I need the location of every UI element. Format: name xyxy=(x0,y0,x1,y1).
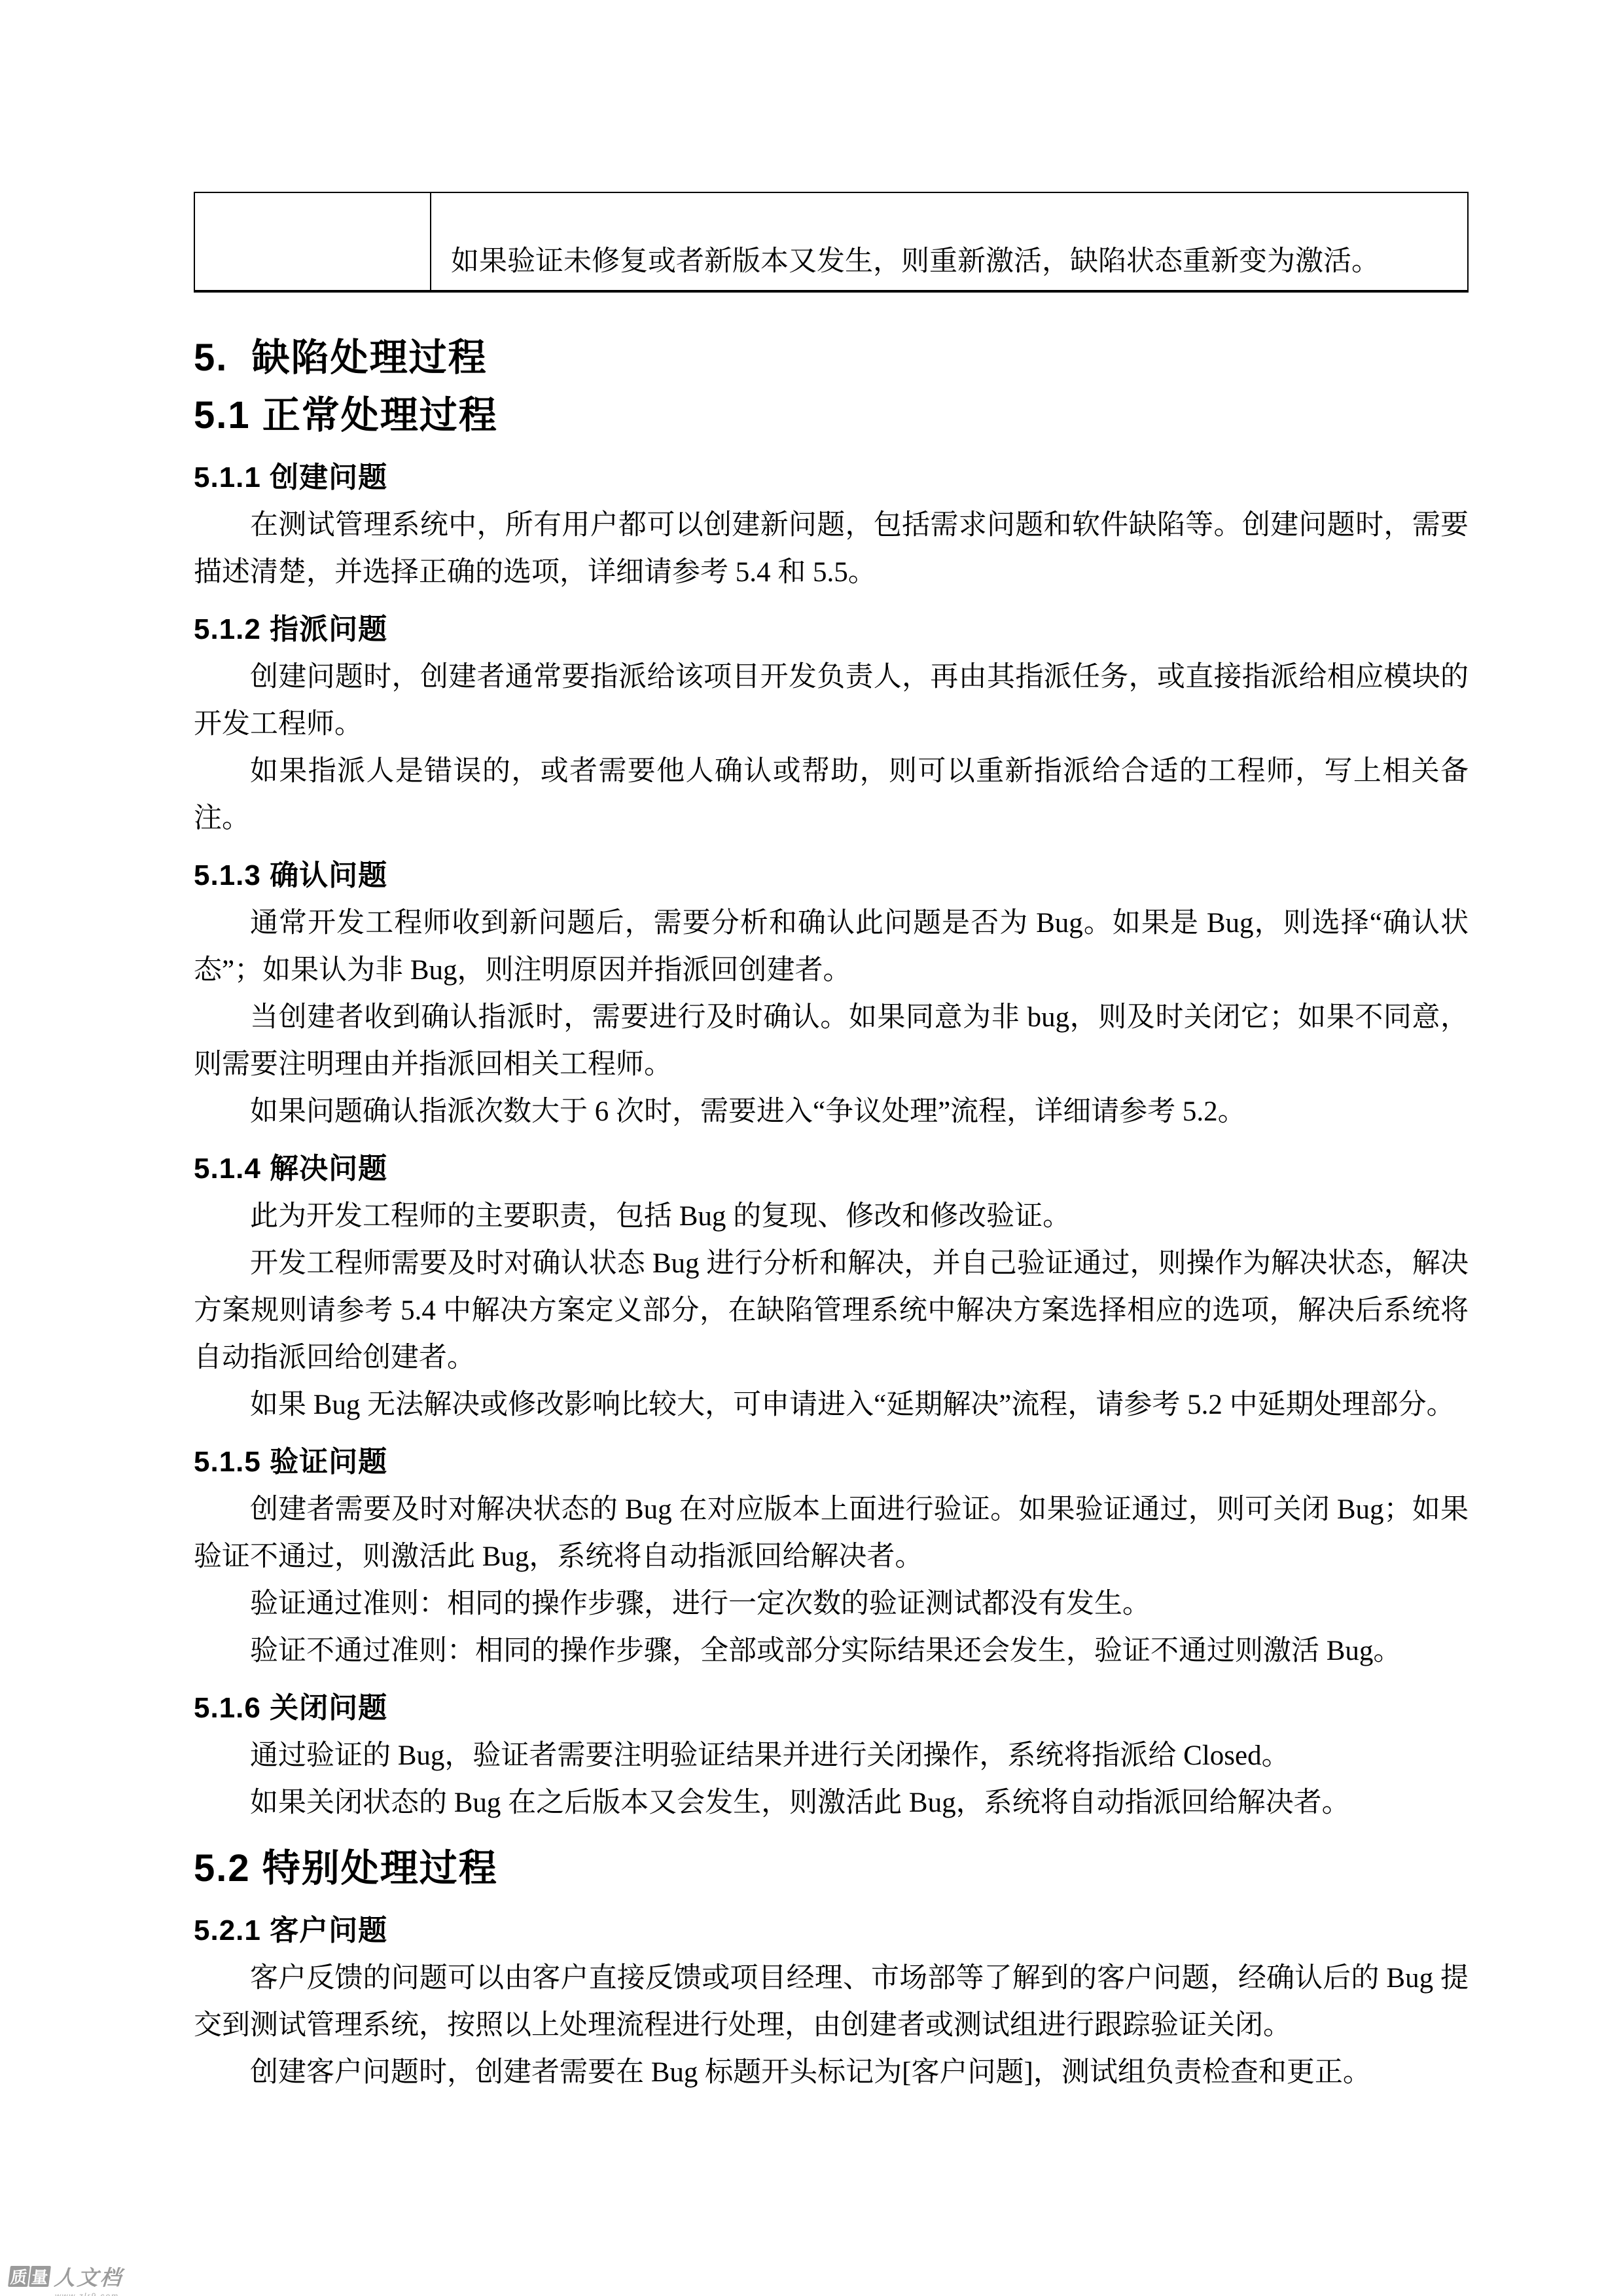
watermark-url: www.zlr9.com xyxy=(55,2291,123,2296)
paragraph-close-issue-2: 如果关闭状态的 Bug 在之后版本又会发生，则激活此 Bug，系统将自动指派回给… xyxy=(194,1780,1469,1827)
table-cell-empty xyxy=(195,193,431,290)
watermark-logo-block-2: 量 xyxy=(29,2266,51,2287)
heading-5-defect-handling-process: 5. 缺陷处理过程 xyxy=(194,329,1469,387)
paragraph-verify-issue-1: 创建者需要及时对解决状态的 Bug 在对应版本上面进行验证。如果验证通过，则可关… xyxy=(194,1486,1469,1581)
heading-5-1-6-close-issue: 5.1.6 关闭问题 xyxy=(194,1684,1469,1732)
heading-5-1-1-create-issue: 5.1.1 创建问题 xyxy=(194,454,1469,502)
paragraph-customer-issue-2: 创建客户问题时，创建者需要在 Bug 标题开头标记为[客户问题]，测试组负责检查… xyxy=(194,2049,1469,2096)
paragraph-customer-issue-1: 客户反馈的问题可以由客户直接反馈或项目经理、市场部等了解到的客户问题，经确认后的… xyxy=(194,1955,1469,2049)
document-content: 如果验证未修复或者新版本又发生，则重新激活，缺陷状态重新变为激活。 5. 缺陷处… xyxy=(194,192,1469,2096)
heading-5-1-4-resolve-issue: 5.1.4 解决问题 xyxy=(194,1145,1469,1193)
paragraph-resolve-issue-3: 如果 Bug 无法解决或修改影响比较大，可申请进入“延期解决”流程，请参考 5.… xyxy=(194,1382,1469,1429)
table-cell-value: 如果验证未修复或者新版本又发生，则重新激活，缺陷状态重新变为激活。 xyxy=(451,244,1380,279)
heading-5-2-1-customer-issue: 5.2.1 客户问题 xyxy=(194,1907,1469,1955)
paragraph-verify-issue-3: 验证不通过准则：相同的操作步骤，全部或部分实际结果还会发生，验证不通过则激活 B… xyxy=(194,1628,1469,1675)
paragraph-verify-issue-2: 验证通过准则：相同的操作步骤，进行一定次数的验证测试都没有发生。 xyxy=(194,1581,1469,1628)
paragraph-confirm-issue-2: 当创建者收到确认指派时，需要进行及时确认。如果同意为非 bug，则及时关闭它；如… xyxy=(194,994,1469,1088)
heading-5-1-5-verify-issue: 5.1.5 验证问题 xyxy=(194,1438,1469,1486)
table-cell-text: 如果验证未修复或者新版本又发生，则重新激活，缺陷状态重新变为激活。 xyxy=(431,193,1467,290)
paragraph-assign-issue-1: 创建问题时，创建者通常要指派给该项目开发负责人，再由其指派任务，或直接指派给相应… xyxy=(194,654,1469,748)
paragraph-assign-issue-2: 如果指派人是错误的，或者需要他人确认或帮助，则可以重新指派给合适的工程师，写上相… xyxy=(194,748,1469,842)
paragraph-create-issue: 在测试管理系统中，所有用户都可以创建新问题，包括需求问题和软件缺陷等。创建问题时… xyxy=(194,502,1469,596)
document-page: 如果验证未修复或者新版本又发生，则重新激活，缺陷状态重新变为激活。 5. 缺陷处… xyxy=(0,0,1623,2296)
heading-5-2-special-process: 5.2 特别处理过程 xyxy=(194,1840,1469,1897)
paragraph-resolve-issue-2: 开发工程师需要及时对确认状态 Bug 进行分析和解决，并自己验证通过，则操作为解… xyxy=(194,1240,1469,1382)
paragraph-confirm-issue-3: 如果问题确认指派次数大于 6 次时，需要进入“争议处理”流程，详细请参考 5.2… xyxy=(194,1088,1469,1136)
heading-5-1-2-assign-issue: 5.1.2 指派问题 xyxy=(194,605,1469,654)
watermark-logo: 质 量 人文档 xyxy=(9,2261,123,2291)
table-fragment: 如果验证未修复或者新版本又发生，则重新激活，缺陷状态重新变为激活。 xyxy=(194,192,1469,293)
watermark-logo-block-1: 质 xyxy=(8,2266,30,2287)
paragraph-confirm-issue-1: 通常开发工程师收到新问题后，需要分析和确认此问题是否为 Bug。如果是 Bug，… xyxy=(194,900,1469,994)
heading-5-1-normal-process: 5.1 正常处理过程 xyxy=(194,387,1469,444)
watermark: 质 量 人文档 www.zlr9.com xyxy=(9,2261,123,2296)
heading-5-1-3-confirm-issue: 5.1.3 确认问题 xyxy=(194,852,1469,900)
paragraph-resolve-issue-1: 此为开发工程师的主要职责，包括 Bug 的复现、修改和修改验证。 xyxy=(194,1193,1469,1240)
watermark-logo-text: 人文档 xyxy=(53,2261,124,2291)
paragraph-close-issue-1: 通过验证的 Bug，验证者需要注明验证结果并进行关闭操作，系统将指派给 Clos… xyxy=(194,1732,1469,1780)
